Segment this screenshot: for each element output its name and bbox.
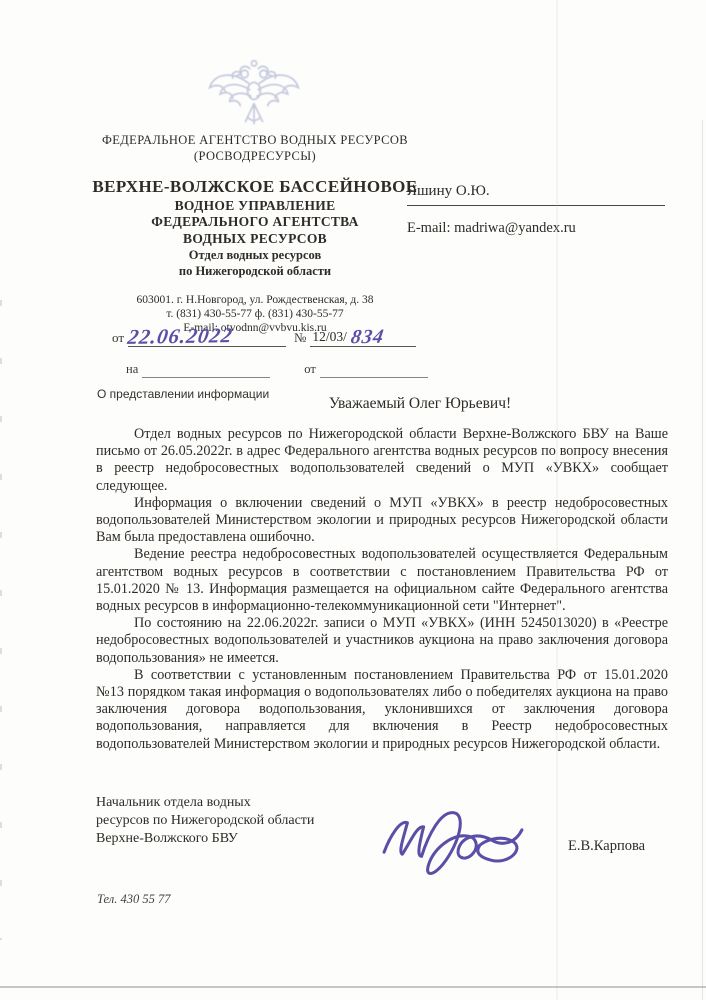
- ref-number-printed: 12/03/: [312, 329, 347, 346]
- signer-title-block: Начальник отдела водных ресурсов по Ниже…: [96, 794, 314, 848]
- recipient-block: Яшину О.Ю. E-mail: madriwa@yandex.ru: [407, 183, 669, 237]
- incoming-reference-line: на от: [126, 362, 428, 378]
- agency-short-name: (РОСВОДРЕСУРСЫ): [30, 149, 480, 165]
- ref-date-handwritten: 22.06.2022: [126, 323, 235, 350]
- federal-agency-name: ФЕДЕРАЛЬНОЕ АГЕНТСТВО ВОДНЫХ РЕСУРСОВ: [30, 133, 480, 149]
- ref-na-label: на: [126, 362, 142, 378]
- org-phone-fax: т. (831) 430-55-77 ф. (831) 430-55-77: [30, 307, 480, 321]
- ref-number-label: №: [294, 330, 310, 347]
- ref-ot-blank-field: [320, 364, 428, 378]
- body-paragraph: Отдел водных ресурсов по Нижегородской о…: [96, 426, 668, 495]
- department-name-line2: по Нижегородской области: [30, 264, 480, 280]
- scan-left-edge-artifact: [0, 300, 2, 940]
- signer-name: Е.В.Карпова: [568, 838, 645, 855]
- scanned-letter-page: ФЕДЕРАЛЬНОЕ АГЕНТСТВО ВОДНЫХ РЕСУРСОВ (Р…: [0, 0, 706, 1000]
- signer-title-line1: Начальник отдела водных: [96, 794, 314, 812]
- handwritten-signature: [378, 786, 530, 890]
- salutation: Уважаемый Олег Юрьевич!: [200, 395, 640, 413]
- recipient-name: Яшину О.Ю.: [407, 183, 665, 206]
- outgoing-reference-line: от 22.06.2022 № 12/03/ 834: [112, 324, 416, 347]
- footer-phone: Тел. 430 55 77: [97, 892, 170, 907]
- ref-date-field: 22.06.2022: [128, 324, 286, 347]
- body-paragraph: Ведение реестра недобросовестных водопол…: [96, 546, 668, 615]
- ref-number-handwritten: 834: [349, 326, 386, 350]
- letter-body: Отдел водных ресурсов по Нижегородской о…: [96, 426, 668, 753]
- scan-right-edge-artifact: [702, 120, 703, 1000]
- coat-of-arms-eagle-icon: [198, 56, 310, 130]
- department-name-line1: Отдел водных ресурсов: [30, 248, 480, 264]
- ref-number-field: 12/03/ 834: [310, 326, 416, 347]
- body-paragraph: В соответствии с установленным постановл…: [96, 667, 668, 753]
- signer-title-line2: ресурсов по Нижегородской области: [96, 812, 314, 830]
- recipient-email: E-mail: madriwa@yandex.ru: [407, 220, 669, 237]
- org-address: 603001. г. Н.Новгород, ул. Рождественска…: [30, 293, 480, 307]
- ref-ot-label: от: [304, 362, 320, 378]
- scan-streak-artifact: [556, 0, 558, 1000]
- body-paragraph: По состоянию на 22.06.2022г. записи о МУ…: [96, 615, 668, 667]
- signer-title-line3: Верхне-Волжского БВУ: [96, 830, 314, 848]
- scan-bottom-edge-artifact: [0, 986, 706, 988]
- ref-na-blank-field: [142, 364, 270, 378]
- body-paragraph: Информация о включении сведений о МУП «У…: [96, 495, 668, 547]
